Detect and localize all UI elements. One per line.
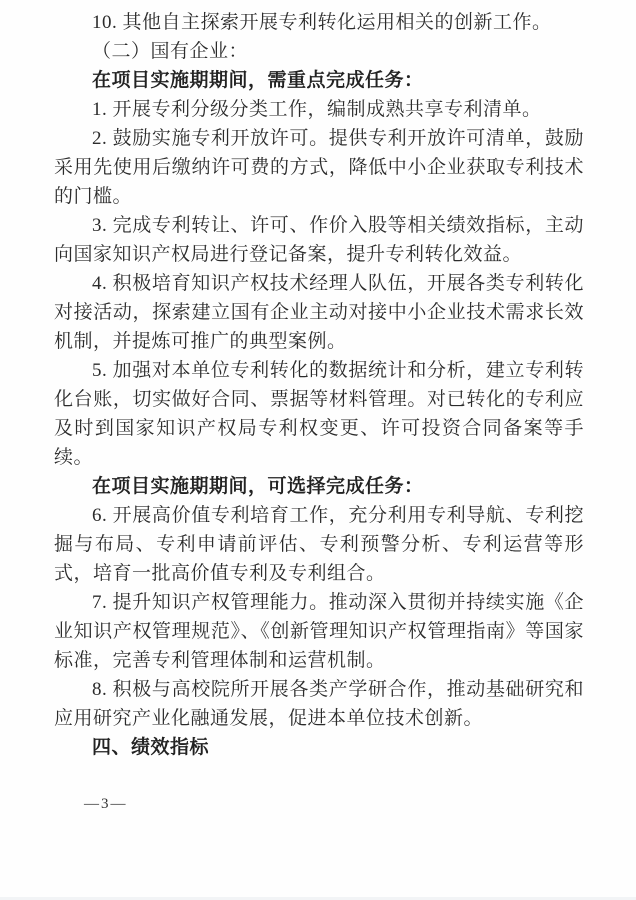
paragraph: 1. 开展专利分级分类工作，编制成熟共享专利清单。 (54, 95, 584, 124)
paragraph: 5. 加强对本单位专利转化的数据统计和分析，建立专利转化台账，切实做好合同、票据… (54, 356, 584, 472)
paragraph: 3. 完成专利转让、许可、作价入股等相关绩效指标，主动向国家知识产权局进行登记备… (54, 211, 584, 269)
heading-paragraph: 四、绩效指标 (54, 733, 584, 762)
paragraph: （二）国有企业： (54, 37, 584, 66)
document-page: 10. 其他自主探索开展专利转化运用相关的创新工作。（二）国有企业：在项目实施期… (0, 0, 636, 900)
paragraph: 8. 积极与高校院所开展各类产学研合作，推动基础研究和应用研究产业化融通发展，促… (54, 675, 584, 733)
page-number: —3— (84, 796, 128, 813)
document-body: 10. 其他自主探索开展专利转化运用相关的创新工作。（二）国有企业：在项目实施期… (54, 8, 584, 762)
heading-paragraph: 在项目实施期期间，可选择完成任务： (54, 472, 584, 501)
paragraph: 2. 鼓励实施专利开放许可。提供专利开放许可清单，鼓励采用先使用后缴纳许可费的方… (54, 124, 584, 211)
paragraph: 6. 开展高价值专利培育工作，充分利用专利导航、专利挖掘与布局、专利申请前评估、… (54, 501, 584, 588)
paragraph: 10. 其他自主探索开展专利转化运用相关的创新工作。 (54, 8, 584, 37)
paragraph: 4. 积极培育知识产权技术经理人队伍，开展各类专利转化对接活动，探索建立国有企业… (54, 269, 584, 356)
paragraph: 7. 提升知识产权管理能力。推动深入贯彻并持续实施《企业知识产权管理规范》、《创… (54, 588, 584, 675)
heading-paragraph: 在项目实施期期间，需重点完成任务： (54, 66, 584, 95)
